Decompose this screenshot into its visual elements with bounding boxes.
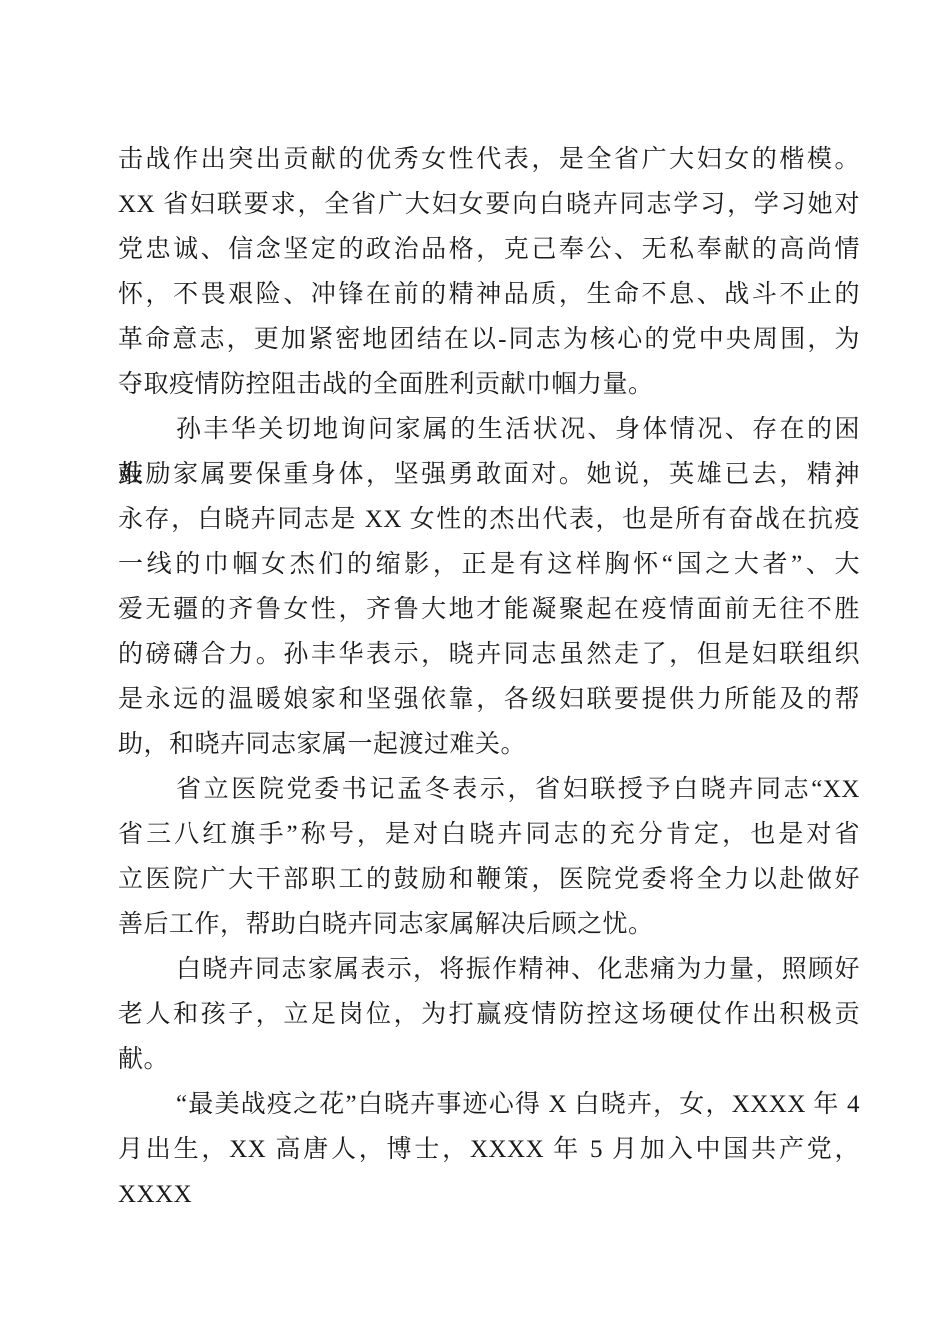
text-line: 是永远的温暖娘家和坚强依靠，各级妇联要提供力所能及的帮 xyxy=(118,677,860,722)
text-line: XX 省妇联要求，全省广大妇女要向白晓卉同志学习，学习她对 xyxy=(118,182,860,227)
text-line: 一线的巾帼女杰们的缩影，正是有这样胸怀“国之大者”、大 xyxy=(118,542,860,587)
text-line: 党忠诚、信念坚定的政治品格，克己奉公、无私奉献的高尚情 xyxy=(118,227,860,272)
text-line: 善后工作，帮助白晓卉同志家属解决后顾之忧。 xyxy=(118,902,860,947)
text-line: 夺取疫情防控阻击战的全面胜利贡献巾帼力量。 xyxy=(118,362,860,407)
text-line: 献。 xyxy=(118,1037,860,1082)
text-line: 鼓励家属要保重身体，坚强勇敢面对。她说，英雄已去，精神 xyxy=(118,452,860,497)
document-body-text: 击战作出突出贡献的优秀女性代表，是全省广大妇女的楷模。 XX 省妇联要求，全省广… xyxy=(118,137,860,1172)
text-line: 立医院广大干部职工的鼓励和鞭策，医院党委将全力以赴做好 xyxy=(118,857,860,902)
text-line: 革命意志，更加紧密地团结在以-同志为核心的党中央周围，为 xyxy=(118,317,860,362)
text-line: 助，和晓卉同志家属一起渡过难关。 xyxy=(118,722,860,767)
text-line: 老人和孩子，立足岗位，为打赢疫情防控这场硬仗作出积极贡 xyxy=(118,992,860,1037)
text-line: 孙丰华关切地询问家属的生活状况、身体情况、存在的困难， xyxy=(118,407,860,452)
text-line: 永存，白晓卉同志是 XX 女性的杰出代表，也是所有奋战在抗疫 xyxy=(118,497,860,542)
text-line: 爱无疆的齐鲁女性，齐鲁大地才能凝聚起在疫情面前无往不胜 xyxy=(118,587,860,632)
document-page: 击战作出突出贡献的优秀女性代表，是全省广大妇女的楷模。 XX 省妇联要求，全省广… xyxy=(0,0,950,1344)
text-line: 省三八红旗手”称号，是对白晓卉同志的充分肯定，也是对省 xyxy=(118,812,860,857)
text-line: 的磅礴合力。孙丰华表示，晓卉同志虽然走了，但是妇联组织 xyxy=(118,632,860,677)
text-line: 月出生，XX 高唐人，博士，XXXX 年 5 月加入中国共产党，XXXX xyxy=(118,1127,860,1172)
text-line: 击战作出突出贡献的优秀女性代表，是全省广大妇女的楷模。 xyxy=(118,137,860,182)
text-line: 怀，不畏艰险、冲锋在前的精神品质，生命不息、战斗不止的 xyxy=(118,272,860,317)
text-line: “最美战疫之花”白晓卉事迹心得 X 白晓卉，女，XXXX 年 4 xyxy=(118,1082,860,1127)
text-line: 省立医院党委书记孟冬表示，省妇联授予白晓卉同志“XX xyxy=(118,767,860,812)
text-line: 白晓卉同志家属表示，将振作精神、化悲痛为力量，照顾好 xyxy=(118,947,860,992)
